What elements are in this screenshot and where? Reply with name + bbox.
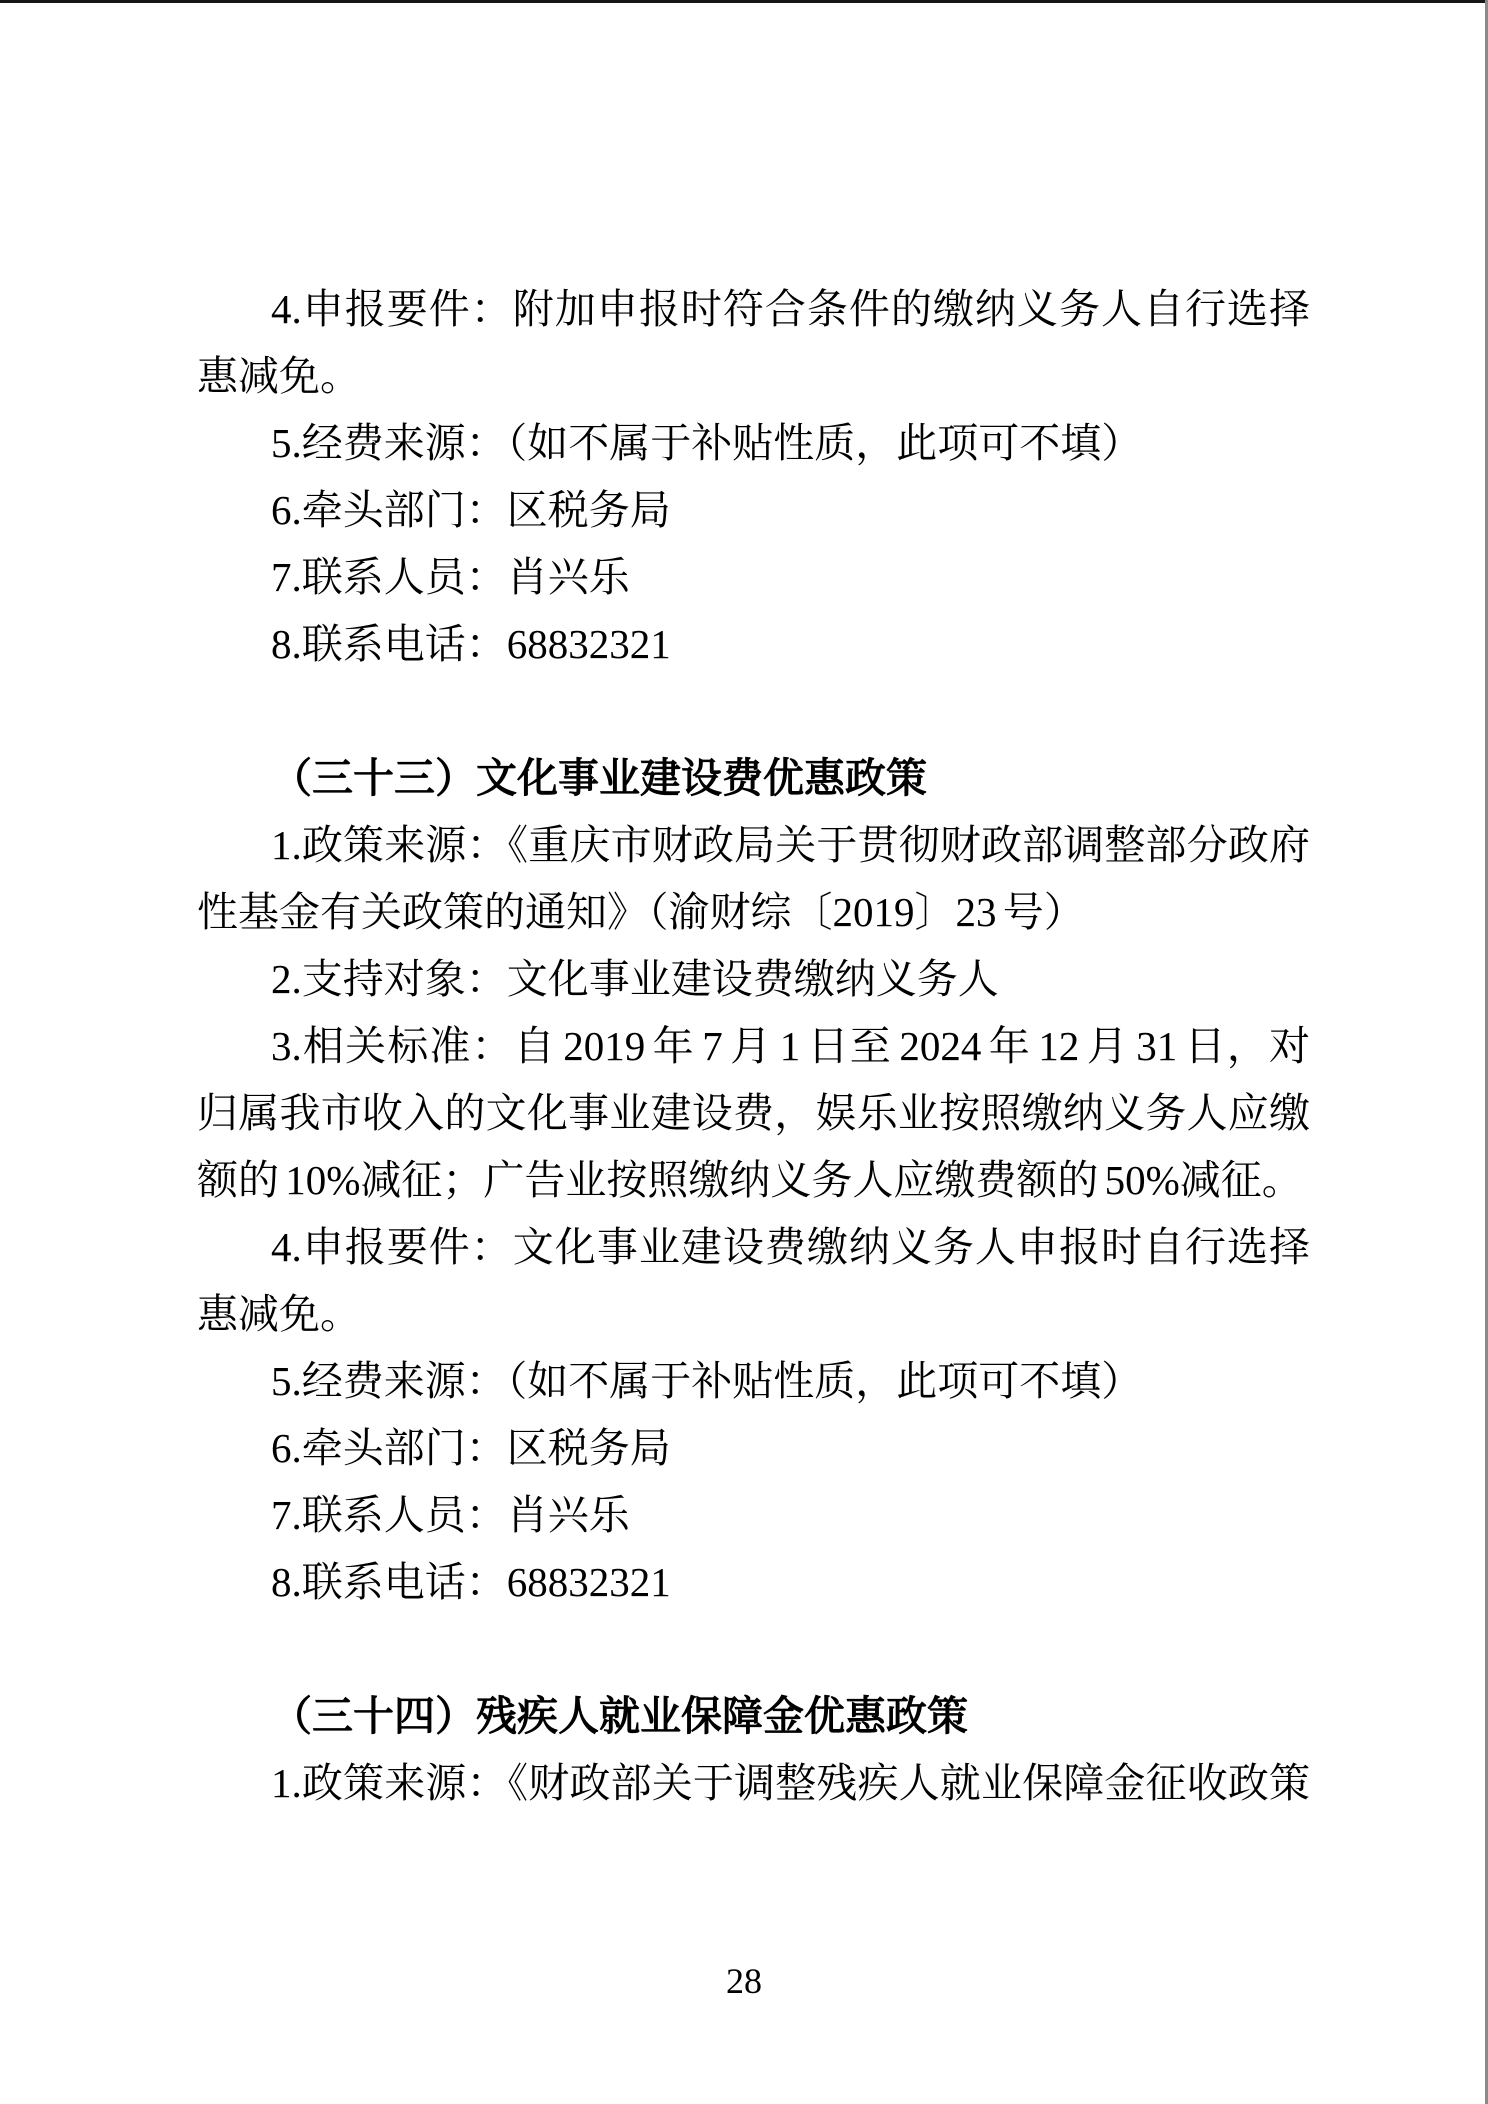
text-line: 4.申报要件：附加申报时符合条件的缴纳义务人自行选择优 [197, 276, 1310, 343]
text-line: 5.经费来源：（如不属于补贴性质，此项可不填） [197, 1348, 1310, 1415]
section-heading: （三十四）残疾人就业保障金优惠政策 [197, 1683, 1310, 1750]
text-line: 1.政策来源：《财政部关于调整残疾人就业保障金征收政策 [197, 1750, 1310, 1817]
screen-top-edge [0, 0, 1488, 3]
section-heading: （三十三）文化事业建设费优惠政策 [197, 745, 1310, 812]
blank-line [197, 678, 1310, 745]
text-line: 额的 10%减征；广告业按照缴纳义务人应缴费额的 50%减征。 [197, 1147, 1310, 1214]
text-line: 1.政策来源：《重庆市财政局关于贯彻财政部调整部分政府 [197, 812, 1310, 879]
text-line: 8.联系电话：68832321 [197, 611, 1310, 678]
text-line: 7.联系人员：肖兴乐 [197, 544, 1310, 611]
text-line: 惠减免。 [197, 1281, 1310, 1348]
text-line: 归属我市收入的文化事业建设费，娱乐业按照缴纳义务人应缴费 [197, 1080, 1310, 1147]
text-line: 3.相关标准：自 2019 年 7 月 1 日至 2024 年 12 月 31 … [197, 1013, 1310, 1080]
text-line: 5.经费来源：（如不属于补贴性质，此项可不填） [197, 410, 1310, 477]
text-line: 6.牵头部门：区税务局 [197, 1415, 1310, 1482]
page-number: 28 [0, 1960, 1488, 2002]
blank-line [197, 1616, 1310, 1683]
text-line: 7.联系人员：肖兴乐 [197, 1482, 1310, 1549]
document-text-block: 4.申报要件：附加申报时符合条件的缴纳义务人自行选择优惠减免。5.经费来源：（如… [197, 276, 1310, 1817]
text-line: 6.牵头部门：区税务局 [197, 477, 1310, 544]
text-line: 8.联系电话：68832321 [197, 1549, 1310, 1616]
text-line: 性基金有关政策的通知》（渝财综〔2019〕23 号） [197, 879, 1310, 946]
text-line: 惠减免。 [197, 343, 1310, 410]
text-line: 2.支持对象：文化事业建设费缴纳义务人 [197, 946, 1310, 1013]
text-line: 4.申报要件：文化事业建设费缴纳义务人申报时自行选择优 [197, 1214, 1310, 1281]
